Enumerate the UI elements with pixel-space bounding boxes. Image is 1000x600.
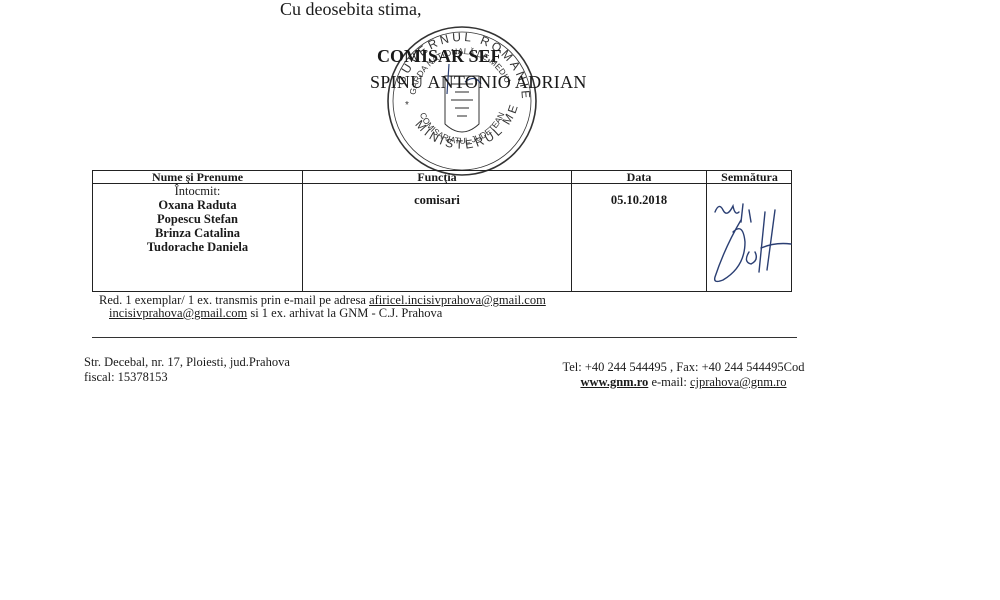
person-name: Popescu Stefan: [93, 212, 302, 226]
person-name: Brinza Catalina: [93, 226, 302, 240]
handwritten-signature-icon: [705, 192, 792, 287]
signatory-name: SPINU ANTONIO ADRIAN: [370, 72, 587, 93]
person-name: Oxana Raduta: [93, 198, 302, 212]
approval-table: Nume şi Prenume Funcţia Data Semnătura Î…: [92, 170, 792, 292]
website-link[interactable]: www.gnm.ro: [580, 375, 648, 389]
email-link[interactable]: afiricel.incisivprahova@gmail.com: [369, 293, 546, 307]
column-divider: [302, 171, 303, 291]
distribution-text: Red. 1 exemplar/ 1 ex. transmis prin e-m…: [99, 293, 369, 307]
names-cell: Întocmit: Oxana Raduta Popescu Stefan Br…: [93, 184, 302, 254]
footer-divider: [92, 337, 797, 338]
column-divider: [571, 171, 572, 291]
header-date: Data: [572, 171, 706, 184]
closing-salutation: Cu deosebita stima,: [280, 0, 421, 20]
email-label: e-mail:: [648, 375, 690, 389]
prepared-by-label: Întocmit:: [93, 184, 302, 198]
fiscal-code: fiscal: 15378153: [84, 370, 290, 385]
distribution-note: Red. 1 exemplar/ 1 ex. transmis prin e-m…: [99, 294, 546, 320]
header-function: Funcţia: [303, 171, 571, 184]
date-cell: 05.10.2018: [572, 193, 706, 207]
footer-address: Str. Decebal, nr. 17, Ploiesti, jud.Prah…: [84, 355, 290, 385]
signatory-title: COMISAR SEF: [377, 46, 502, 67]
email-link[interactable]: incisivprahova@gmail.com: [109, 306, 247, 320]
person-name: Tudorache Daniela: [93, 240, 302, 254]
function-cell: comisari: [303, 193, 571, 207]
email-link[interactable]: cjprahova@gnm.ro: [690, 375, 787, 389]
header-signature: Semnătura: [707, 171, 792, 184]
phone-fax: Tel: +40 244 544495 , Fax: +40 244 54449…: [556, 360, 811, 375]
address-line: Str. Decebal, nr. 17, Ploiesti, jud.Prah…: [84, 355, 290, 370]
header-name: Nume şi Prenume: [93, 171, 302, 184]
svg-text:*: *: [405, 100, 409, 111]
footer-contact: Tel: +40 244 544495 , Fax: +40 244 54449…: [556, 360, 811, 390]
distribution-text: si 1 ex. arhivat la GNM - C.J. Prahova: [247, 306, 442, 320]
